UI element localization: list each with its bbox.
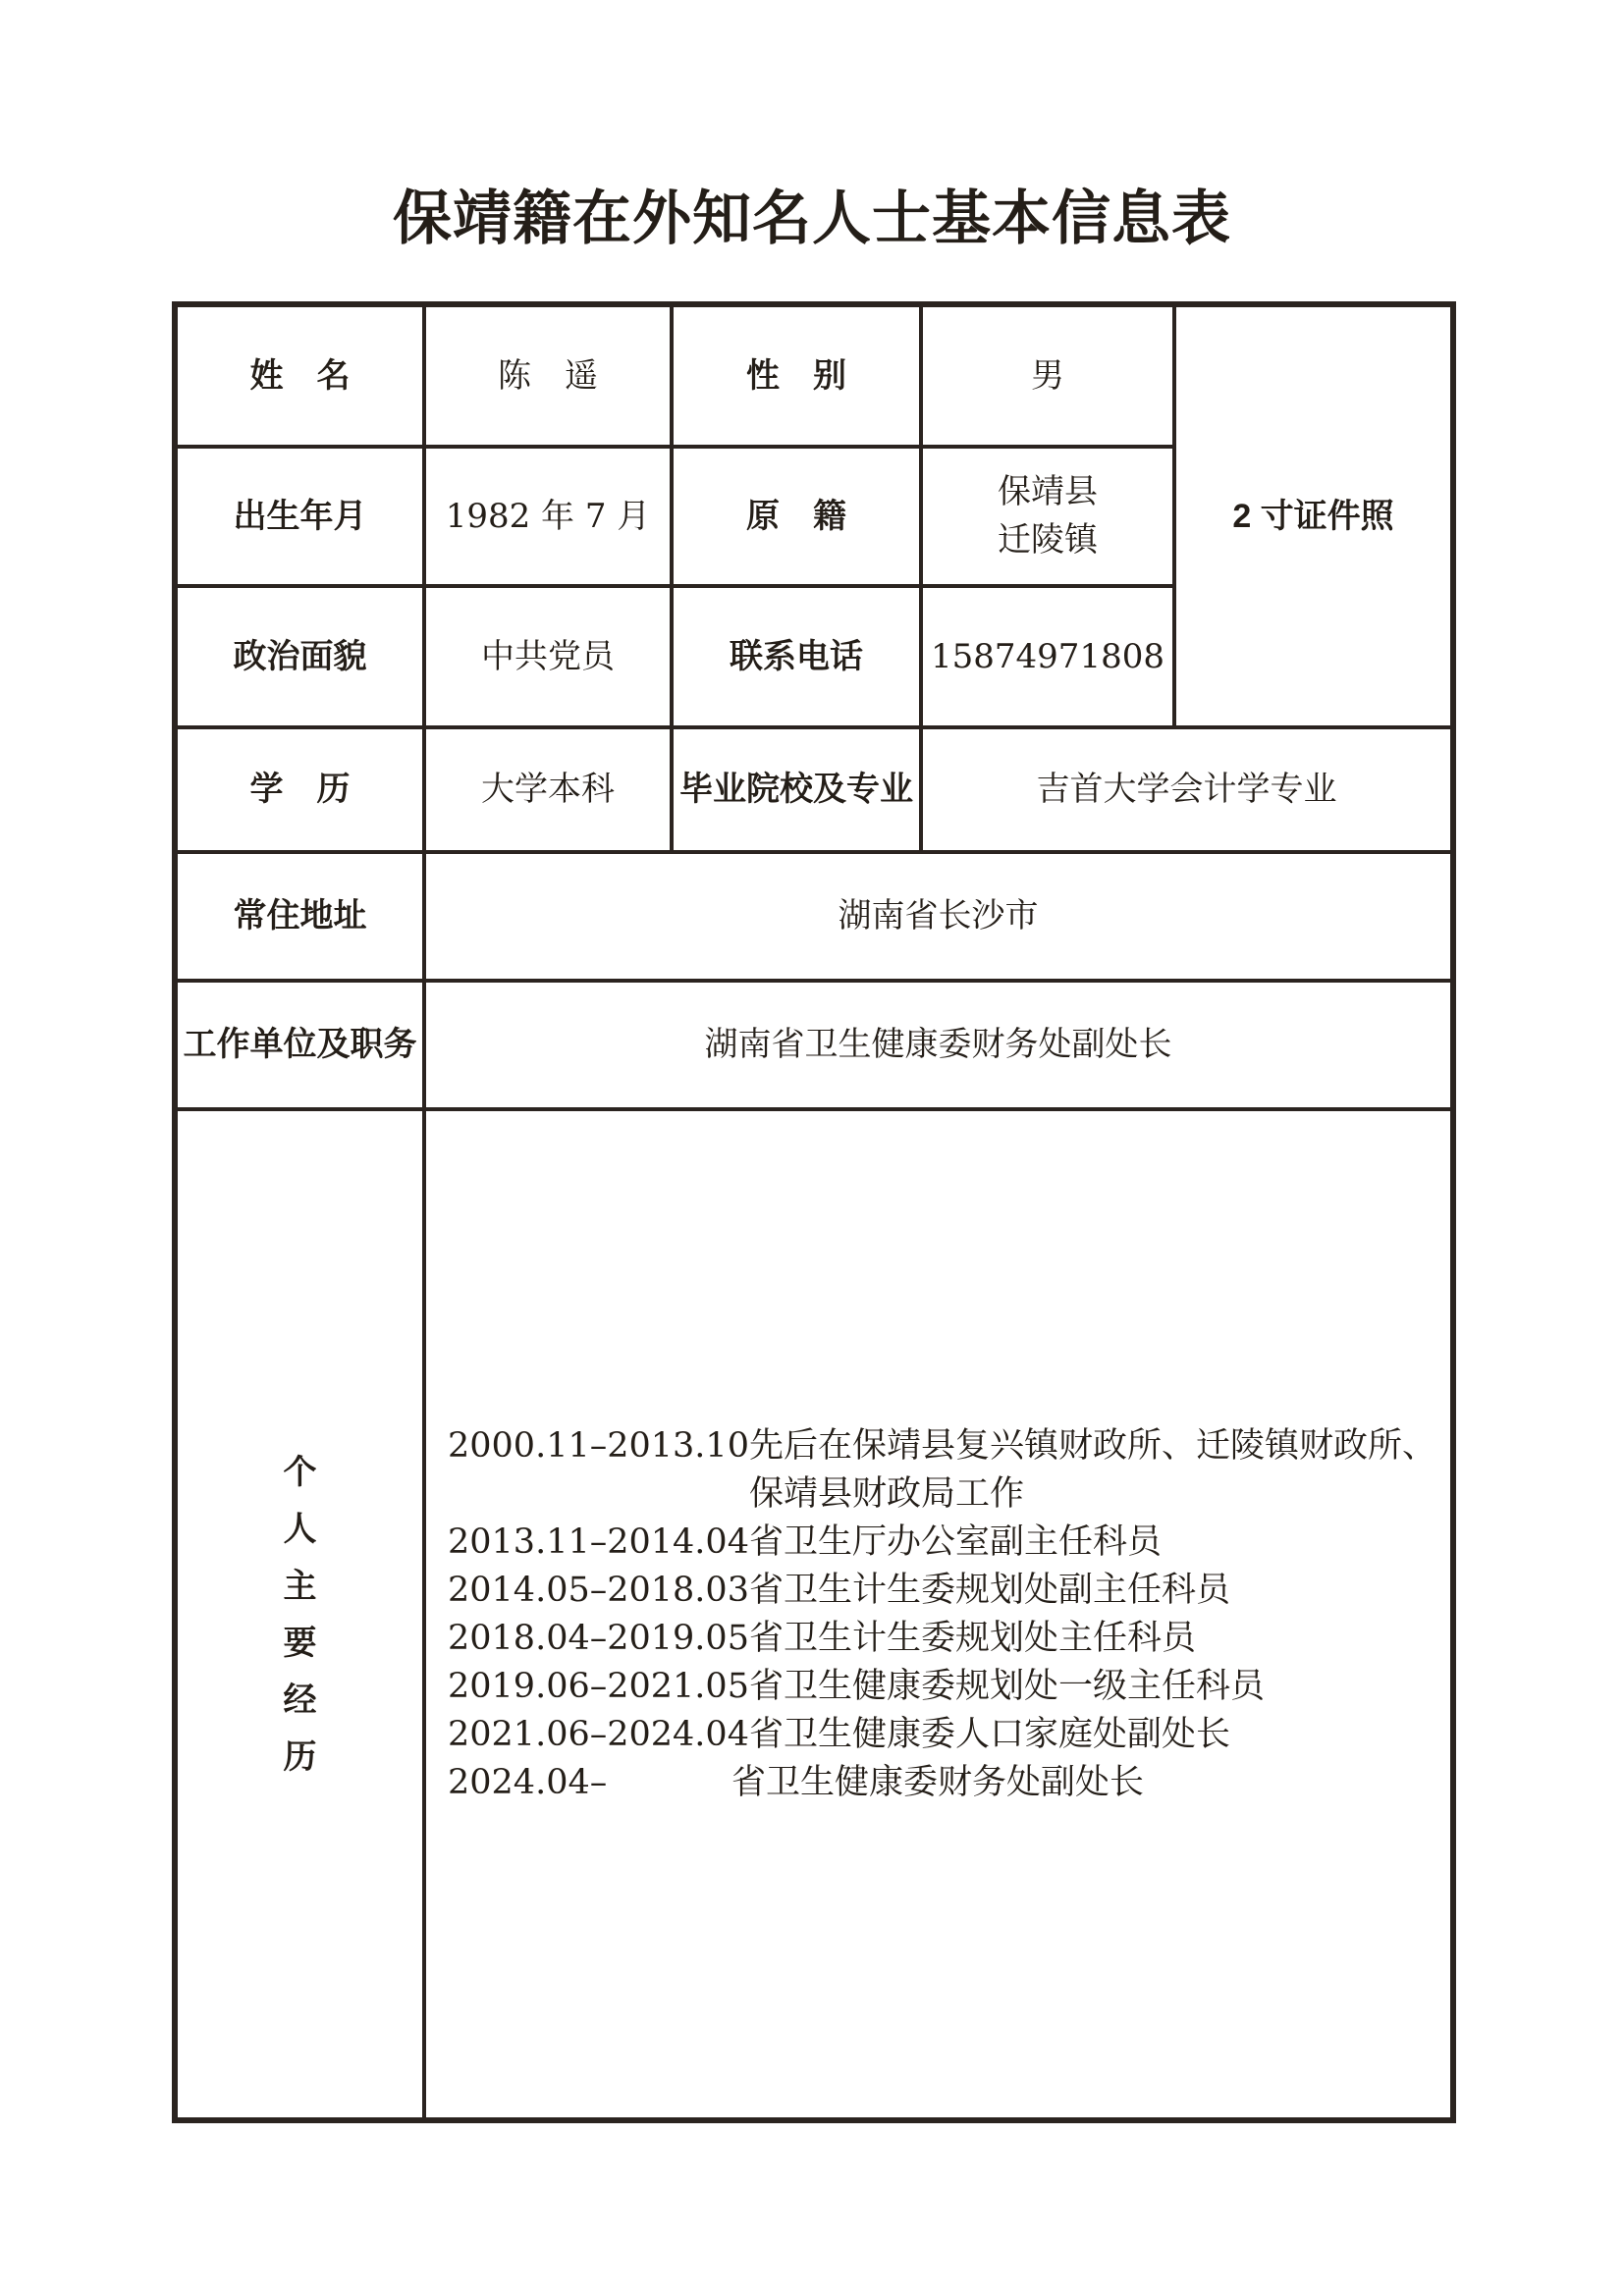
form-title: 保靖籍在外知名人士基本信息表: [0, 189, 1624, 248]
experience-label-char: 个: [284, 1456, 317, 1489]
origin-value-line2: 迁陵镇: [923, 516, 1172, 564]
row-experience: 个人主要经历 2000.11–2013.10先后在保靖县复兴镇财政所、迁陵镇财政…: [175, 1109, 1453, 2120]
row-name-gender: 姓 名 陈 遥 性 别 男 2 寸证件照: [175, 304, 1453, 447]
experience-period: 2021.06–2024.04: [448, 1711, 749, 1759]
row-address: 常住地址 湖南省长沙市: [175, 852, 1453, 981]
experience-label-char: 历: [284, 1740, 317, 1774]
education-value: 大学本科: [424, 727, 672, 852]
document-page: 保靖籍在外知名人士基本信息表 姓 名 陈 遥 性 别 男 2 寸证件照 出生年月…: [0, 0, 1624, 2296]
work-value: 湖南省卫生健康委财务处副处长: [424, 981, 1453, 1109]
phone-value: 15874971808: [921, 586, 1174, 727]
experience-label-char: 经: [284, 1683, 317, 1717]
school-label: 毕业院校及专业: [672, 727, 921, 852]
experience-period: 2000.11–2013.10: [448, 1422, 749, 1470]
origin-value: 保靖县 迁陵镇: [921, 447, 1174, 586]
photo-placeholder-cell: 2 寸证件照: [1174, 304, 1453, 727]
political-value: 中共党员: [424, 586, 672, 727]
experience-content-cell: 2000.11–2013.10先后在保靖县复兴镇财政所、迁陵镇财政所、保靖县财政…: [424, 1109, 1453, 2120]
origin-value-line1: 保靖县: [923, 468, 1172, 516]
experience-label-char: 主: [284, 1570, 317, 1603]
experience-label: 个人主要经历: [175, 1109, 424, 2120]
experience-period: 2019.06–2021.05: [448, 1663, 749, 1711]
birth-label: 出生年月: [175, 447, 424, 586]
address-label: 常住地址: [175, 852, 424, 981]
experience-description: 先后在保靖县复兴镇财政所、迁陵镇财政所、保靖县财政局工作: [749, 1422, 1444, 1519]
experience-description: 省卫生健康委规划处一级主任科员: [749, 1663, 1444, 1711]
row-education-school: 学 历 大学本科 毕业院校及专业 吉首大学会计学专业: [175, 727, 1453, 852]
gender-value: 男: [921, 304, 1174, 447]
experience-entry: 2018.04–2019.05省卫生计生委规划处主任科员: [448, 1615, 1444, 1663]
name-label: 姓 名: [175, 304, 424, 447]
experience-period: 2024.04–: [448, 1759, 731, 1807]
experience-entry: 2019.06–2021.05省卫生健康委规划处一级主任科员: [448, 1663, 1444, 1711]
school-value: 吉首大学会计学专业: [921, 727, 1453, 852]
experience-description: 省卫生计生委规划处主任科员: [749, 1615, 1444, 1663]
experience-label-vertical: 个人主要经历: [178, 1456, 422, 1774]
experience-description: 省卫生健康委财务处副处长: [731, 1759, 1444, 1807]
gender-label: 性 别: [672, 304, 921, 447]
experience-entry: 2024.04–省卫生健康委财务处副处长: [448, 1759, 1444, 1807]
origin-label: 原 籍: [672, 447, 921, 586]
experience-entry: 2000.11–2013.10先后在保靖县复兴镇财政所、迁陵镇财政所、保靖县财政…: [448, 1422, 1444, 1519]
address-value: 湖南省长沙市: [424, 852, 1453, 981]
experience-description: 省卫生健康委人口家庭处副处长: [749, 1711, 1444, 1759]
experience-entry: 2013.11–2014.04省卫生厅办公室副主任科员: [448, 1519, 1444, 1567]
experience-period: 2014.05–2018.03: [448, 1567, 749, 1615]
education-label: 学 历: [175, 727, 424, 852]
experience-entry: 2014.05–2018.03省卫生计生委规划处副主任科员: [448, 1567, 1444, 1615]
experience-label-char: 要: [284, 1627, 317, 1660]
name-value: 陈 遥: [424, 304, 672, 447]
row-work: 工作单位及职务 湖南省卫生健康委财务处副处长: [175, 981, 1453, 1109]
political-label: 政治面貌: [175, 586, 424, 727]
experience-description: 省卫生厅办公室副主任科员: [749, 1519, 1444, 1567]
experience-entries: 2000.11–2013.10先后在保靖县复兴镇财政所、迁陵镇财政所、保靖县财政…: [426, 1422, 1450, 1807]
experience-label-char: 人: [284, 1513, 317, 1546]
experience-description: 省卫生计生委规划处副主任科员: [749, 1567, 1444, 1615]
phone-label: 联系电话: [672, 586, 921, 727]
work-label: 工作单位及职务: [175, 981, 424, 1109]
experience-period: 2013.11–2014.04: [448, 1519, 749, 1567]
birth-value: 1982 年 7 月: [424, 447, 672, 586]
experience-period: 2018.04–2019.05: [448, 1615, 749, 1663]
info-table: 姓 名 陈 遥 性 别 男 2 寸证件照 出生年月 1982 年 7 月 原 籍…: [172, 301, 1456, 2123]
experience-entry: 2021.06–2024.04省卫生健康委人口家庭处副处长: [448, 1711, 1444, 1759]
